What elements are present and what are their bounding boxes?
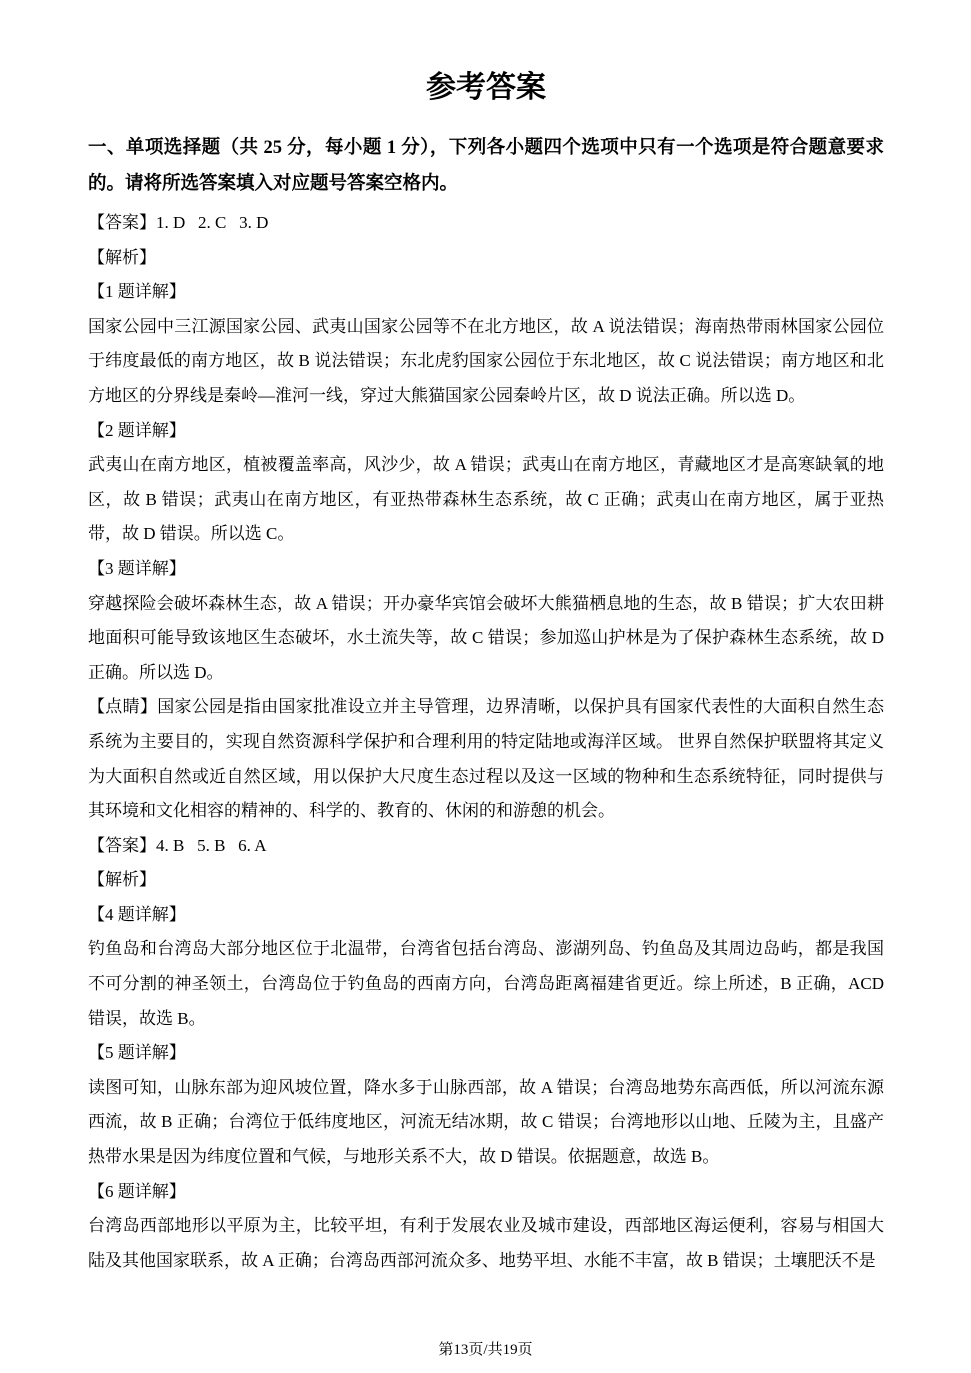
answer-line-q1-3: 【答案】1. D 2. C 3. D	[88, 206, 884, 241]
q4-detail-label: 【4 题详解】	[88, 898, 884, 933]
q3-detail-body: 穿越探险会破坏森林生态，故 A 错误；开办豪华宾馆会破坏大熊猫栖息地的生态，故 …	[88, 587, 884, 691]
q6-detail-label: 【6 题详解】	[88, 1175, 884, 1210]
analysis-label-2: 【解析】	[88, 863, 884, 898]
q1-detail-body: 国家公园中三江源国家公园、武夷山国家公园等不在北方地区，故 A 说法错误；海南热…	[88, 310, 884, 414]
q1-detail-label: 【1 题详解】	[88, 275, 884, 310]
page-footer: 第13页/共19页	[0, 1340, 971, 1360]
section-heading: 一、单项选择题（共 25 分，每小题 1 分），下列各小题四个选项中只有一个选项…	[88, 130, 884, 202]
q2-detail-body: 武夷山在南方地区，植被覆盖率高，风沙少，故 A 错误；武夷山在南方地区，青藏地区…	[88, 448, 884, 552]
q5-detail-body: 读图可知，山脉东部为迎风坡位置，降水多于山脉西部，故 A 错误；台湾岛地势东高西…	[88, 1071, 884, 1175]
document-page: 参考答案 一、单项选择题（共 25 分，每小题 1 分），下列各小题四个选项中只…	[0, 0, 971, 1373]
q3-detail-label: 【3 题详解】	[88, 552, 884, 587]
q6-detail-body: 台湾岛西部地形以平原为主，比较平坦，有利于发展农业及城市建设，西部地区海运便利，…	[88, 1209, 884, 1278]
q2-detail-label: 【2 题详解】	[88, 414, 884, 449]
q1-3-note-body: 【点睛】国家公园是指由国家批准设立并主导管理，边界清晰，以保护具有国家代表性的大…	[88, 690, 884, 828]
document-content: 一、单项选择题（共 25 分，每小题 1 分），下列各小题四个选项中只有一个选项…	[88, 130, 884, 1278]
q5-detail-label: 【5 题详解】	[88, 1036, 884, 1071]
analysis-label-1: 【解析】	[88, 241, 884, 276]
q4-detail-body: 钓鱼岛和台湾岛大部分地区位于北温带，台湾省包括台湾岛、澎湖列岛、钓鱼岛及其周边岛…	[88, 932, 884, 1036]
answer-line-q4-6: 【答案】4. B 5. B 6. A	[88, 829, 884, 864]
page-title: 参考答案	[88, 66, 884, 110]
